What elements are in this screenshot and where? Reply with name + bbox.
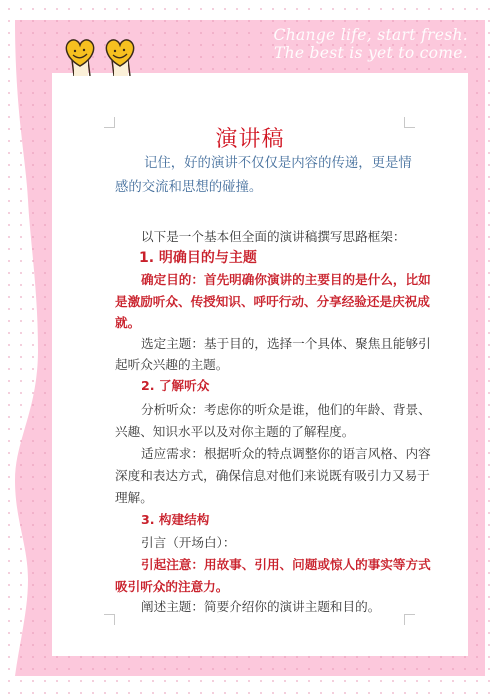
intro-line-2: 感的交流和思想的碰撞。 — [115, 180, 262, 196]
slogan: Change life, start fresh. The best is ye… — [274, 26, 468, 62]
slogan-line-1: Change life, start fresh. — [274, 26, 468, 44]
paragraph-line: 阐述主题：简要介绍你的演讲主题和目的。 — [141, 599, 380, 615]
paragraph-line: 起听众兴趣的主题。 — [115, 357, 228, 373]
paragraph-line: 深度和表达方式，确保信息对他们来说既有吸引力又易于 — [115, 468, 430, 484]
crop-mark-bottom-left — [104, 614, 115, 625]
document-title: 演讲稿 — [0, 127, 500, 153]
smiling-heart-mascot-icon — [103, 36, 137, 76]
paragraph-line: 引起注意：用故事、引用、问题或惊人的事实等方式 — [141, 557, 431, 573]
paragraph-line: 就。 — [115, 315, 140, 331]
section-heading-3: 3. 构建结构 — [141, 512, 209, 528]
paragraph-line: 分析听众：考虑你的听众是谁，他们的年龄、背景、 — [141, 402, 431, 418]
section-heading-2: 2. 了解听众 — [141, 378, 209, 394]
paragraph-line: 吸引听众的注意力。 — [115, 579, 228, 595]
paragraph-line: 选定主题：基于目的，选择一个具体、聚焦且能够引 — [141, 336, 431, 352]
paragraph-line: 确定目的：首先明确你演讲的主要目的是什么，比如 — [141, 272, 431, 288]
slogan-line-2: The best is yet to come. — [274, 44, 468, 62]
intro-line-1: 记住，好的演讲不仅仅是内容的传递，更是情 — [144, 156, 412, 172]
paragraph-line: 适应需求：根据听众的特点调整你的语言风格、内容 — [141, 446, 431, 462]
smiling-heart-mascot-icon — [63, 36, 97, 76]
lead-text: 以下是一个基本但全面的演讲稿撰写思路框架： — [141, 229, 405, 245]
paragraph-line: 是激励听众、传授知识、呼吁行动、分享经验还是庆祝成 — [115, 294, 430, 310]
paragraph-line: 引言（开场白）： — [141, 535, 235, 551]
paragraph-line: 理解。 — [115, 490, 153, 506]
section-heading-1: 1. 明确目的与主题 — [139, 250, 257, 266]
paragraph-line: 兴趣、知识水平以及对你主题的了解程度。 — [115, 424, 354, 440]
crop-mark-bottom-right — [404, 614, 415, 625]
